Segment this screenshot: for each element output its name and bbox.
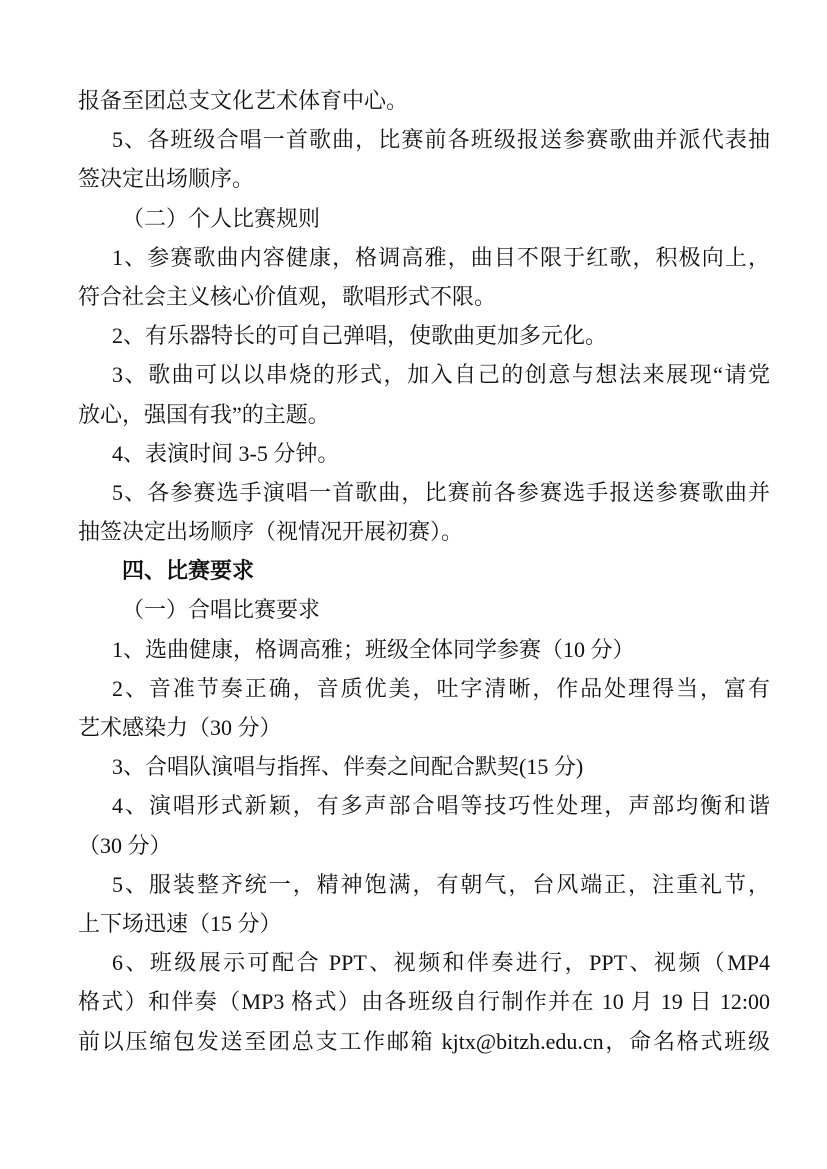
text-line: 1、参赛歌曲内容健康，格调高雅，曲目不限于红歌，积极向上， (78, 238, 770, 277)
text-line: 前以压缩包发送至团总支工作邮箱 kjtx@bitzh.edu.cn，命名格式班级 (78, 1022, 770, 1061)
text-line: 格式）和伴奏（MP3 格式）由各班级自行制作并在 10 月 19 日 12:00 (78, 982, 770, 1021)
text-line: 5、服装整齐统一，精神饱满，有朝气，台风端正，注重礼节， (78, 865, 770, 904)
text-line: 4、表演时间 3-5 分钟。 (78, 434, 770, 473)
document-page: 报备至团总支文化艺术体育中心。 5、各班级合唱一首歌曲，比赛前各班级报送参赛歌曲… (0, 0, 827, 1169)
text-line: 2、音准节奏正确，音质优美，吐字清晰，作品处理得当，富有 (78, 669, 770, 708)
text-line: 3、合唱队演唱与指挥、伴奏之间配合默契(15 分) (78, 747, 770, 786)
text-line: 2、有乐器特长的可自己弹唱，使歌曲更加多元化。 (78, 316, 770, 355)
subsection-title: （二）个人比赛规则 (78, 199, 770, 238)
text-line: 6、班级展示可配合 PPT、视频和伴奏进行，PPT、视频（MP4 (78, 943, 770, 982)
text-line: 5、各参赛选手演唱一首歌曲，比赛前各参赛选手报送参赛歌曲并 (78, 473, 770, 512)
text-line: 报备至团总支文化艺术体育中心。 (78, 81, 770, 120)
text-line: （30 分） (78, 826, 770, 865)
text-line: 符合社会主义核心价值观，歌唱形式不限。 (78, 277, 770, 316)
text-line: 3、歌曲可以以串烧的形式，加入自己的创意与想法来展现“请党 (78, 355, 770, 394)
text-line: 上下场迅速（15 分） (78, 904, 770, 943)
text-line: 签决定出场顺序。 (78, 159, 770, 198)
text-line: 1、选曲健康，格调高雅；班级全体同学参赛（10 分） (78, 630, 770, 669)
text-line: 放心，强国有我”的主题。 (78, 395, 770, 434)
text-line: 4、演唱形式新颖，有多声部合唱等技巧性处理，声部均衡和谐 (78, 786, 770, 825)
text-line: 艺术感染力（30 分） (78, 708, 770, 747)
text-line: 5、各班级合唱一首歌曲，比赛前各班级报送参赛歌曲并派代表抽 (78, 120, 770, 159)
subsection-title: （一）合唱比赛要求 (78, 590, 770, 629)
section-heading: 四、比赛要求 (78, 551, 770, 590)
document-body: 报备至团总支文化艺术体育中心。 5、各班级合唱一首歌曲，比赛前各班级报送参赛歌曲… (78, 81, 770, 1061)
text-line: 抽签决定出场顺序（视情况开展初赛）。 (78, 512, 770, 551)
